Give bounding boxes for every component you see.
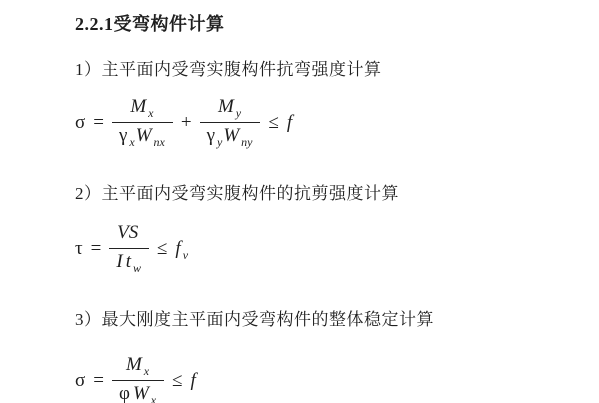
formula-bending-strength: σ = Mx γxWnx + My γyWny ≤ f — [75, 94, 579, 151]
list-item-1: 1）主平面内受弯实腹构件抗弯强度计算 — [75, 58, 579, 81]
fraction-mx-term: Mx φWx — [112, 352, 164, 403]
equals-sign: = — [90, 239, 103, 258]
shear-limit: fv — [175, 239, 189, 258]
variable-w: W — [136, 126, 152, 145]
fraction-numerator: Mx — [123, 94, 161, 122]
fraction-vs-term: VS Itw — [109, 220, 149, 277]
fraction-denominator: γxWnx — [112, 122, 173, 151]
fraction-denominator: Itw — [109, 248, 149, 277]
equals-sign: = — [92, 371, 105, 390]
variable-f: f — [191, 371, 196, 390]
formula-overall-stability: σ = Mx φWx ≤ f — [75, 352, 579, 403]
strength-limit: f — [287, 113, 295, 132]
fraction-mx-term: Mx γxWnx — [112, 94, 173, 151]
fraction-numerator: Mx — [119, 352, 157, 380]
list-item-2: 2）主平面内受弯实腹构件的抗剪强度计算 — [75, 182, 579, 205]
equals-sign: = — [92, 113, 105, 132]
gamma-symbol: γ — [119, 126, 127, 145]
phi-symbol: φ — [119, 384, 130, 403]
variable-m: M — [218, 97, 234, 116]
fraction-numerator: My — [211, 94, 249, 122]
tau-symbol: τ — [75, 239, 83, 258]
gamma-symbol: γ — [207, 126, 215, 145]
sigma-symbol: σ — [75, 113, 85, 132]
variable-t: t — [126, 252, 131, 271]
document-page: 2.2.1受弯构件计算 1）主平面内受弯实腹构件抗弯强度计算 σ = Mx γx… — [0, 0, 599, 403]
fraction-denominator: γyWny — [200, 122, 261, 151]
section-heading: 2.2.1受弯构件计算 — [75, 13, 579, 35]
variable-f: f — [287, 113, 292, 132]
fraction-numerator: VS — [110, 220, 148, 248]
formula-shear-strength: τ = VS Itw ≤ fv — [75, 220, 579, 277]
less-equal-sign: ≤ — [156, 239, 168, 258]
fraction-my-term: My γyWny — [200, 94, 261, 151]
plus-sign: + — [180, 113, 193, 132]
variable-w: W — [223, 126, 239, 145]
sigma-symbol: σ — [75, 371, 85, 390]
variable-f: f — [175, 239, 180, 258]
list-item-3: 3）最大刚度主平面内受弯构件的整体稳定计算 — [75, 308, 579, 331]
variable-vs: VS — [117, 223, 138, 242]
variable-m: M — [130, 97, 146, 116]
less-equal-sign: ≤ — [171, 371, 183, 390]
strength-limit: f — [191, 371, 199, 390]
fraction-denominator: φWx — [112, 380, 164, 403]
variable-m: M — [126, 355, 142, 374]
variable-w: W — [133, 384, 149, 403]
less-equal-sign: ≤ — [267, 113, 279, 132]
variable-i: I — [116, 252, 122, 271]
